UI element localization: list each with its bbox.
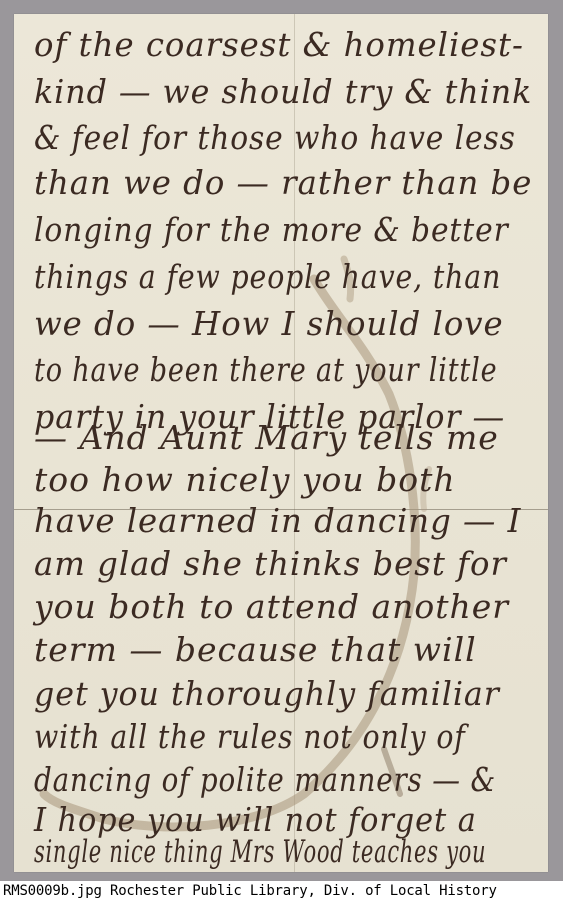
letter-line-8: to have been there at your little xyxy=(34,350,497,389)
letter-line-14: you both to attend another xyxy=(34,587,509,626)
letter-line-6: things a few people have, than xyxy=(34,257,501,296)
letter-line-15: term — because that will xyxy=(34,630,477,669)
image-caption: RMS0009b.jpg Rochester Public Library, D… xyxy=(3,883,497,899)
scan-background: of the coarsest & homeliest- kind — we s… xyxy=(0,0,563,881)
letter-line-1: of the coarsest & homeliest- xyxy=(34,25,524,64)
letter-line-11: too how nicely you both xyxy=(34,460,456,499)
letter-line-17: with all the rules not only of xyxy=(34,717,466,756)
letter-line-4: than we do — rather than be xyxy=(34,163,532,202)
letter-line-12: have learned in dancing — I xyxy=(34,501,521,540)
letter-line-2: kind — we should try & think xyxy=(34,72,532,111)
letter-line-16: get you thoroughly familiar xyxy=(34,674,500,713)
letter-line-20: single nice thing Mrs Wood teaches you xyxy=(34,834,486,870)
letter-line-3: & feel for those who have less xyxy=(34,118,516,157)
letter-page: of the coarsest & homeliest- kind — we s… xyxy=(14,14,548,872)
letter-line-7: we do — How I should love xyxy=(34,304,504,343)
letter-line-5: longing for the more & better xyxy=(34,210,509,249)
letter-line-18: dancing of polite manners — & xyxy=(34,760,496,799)
letter-line-13: am glad she thinks best for xyxy=(34,544,507,583)
letter-line-10: — And Aunt Mary tells me xyxy=(34,418,499,457)
